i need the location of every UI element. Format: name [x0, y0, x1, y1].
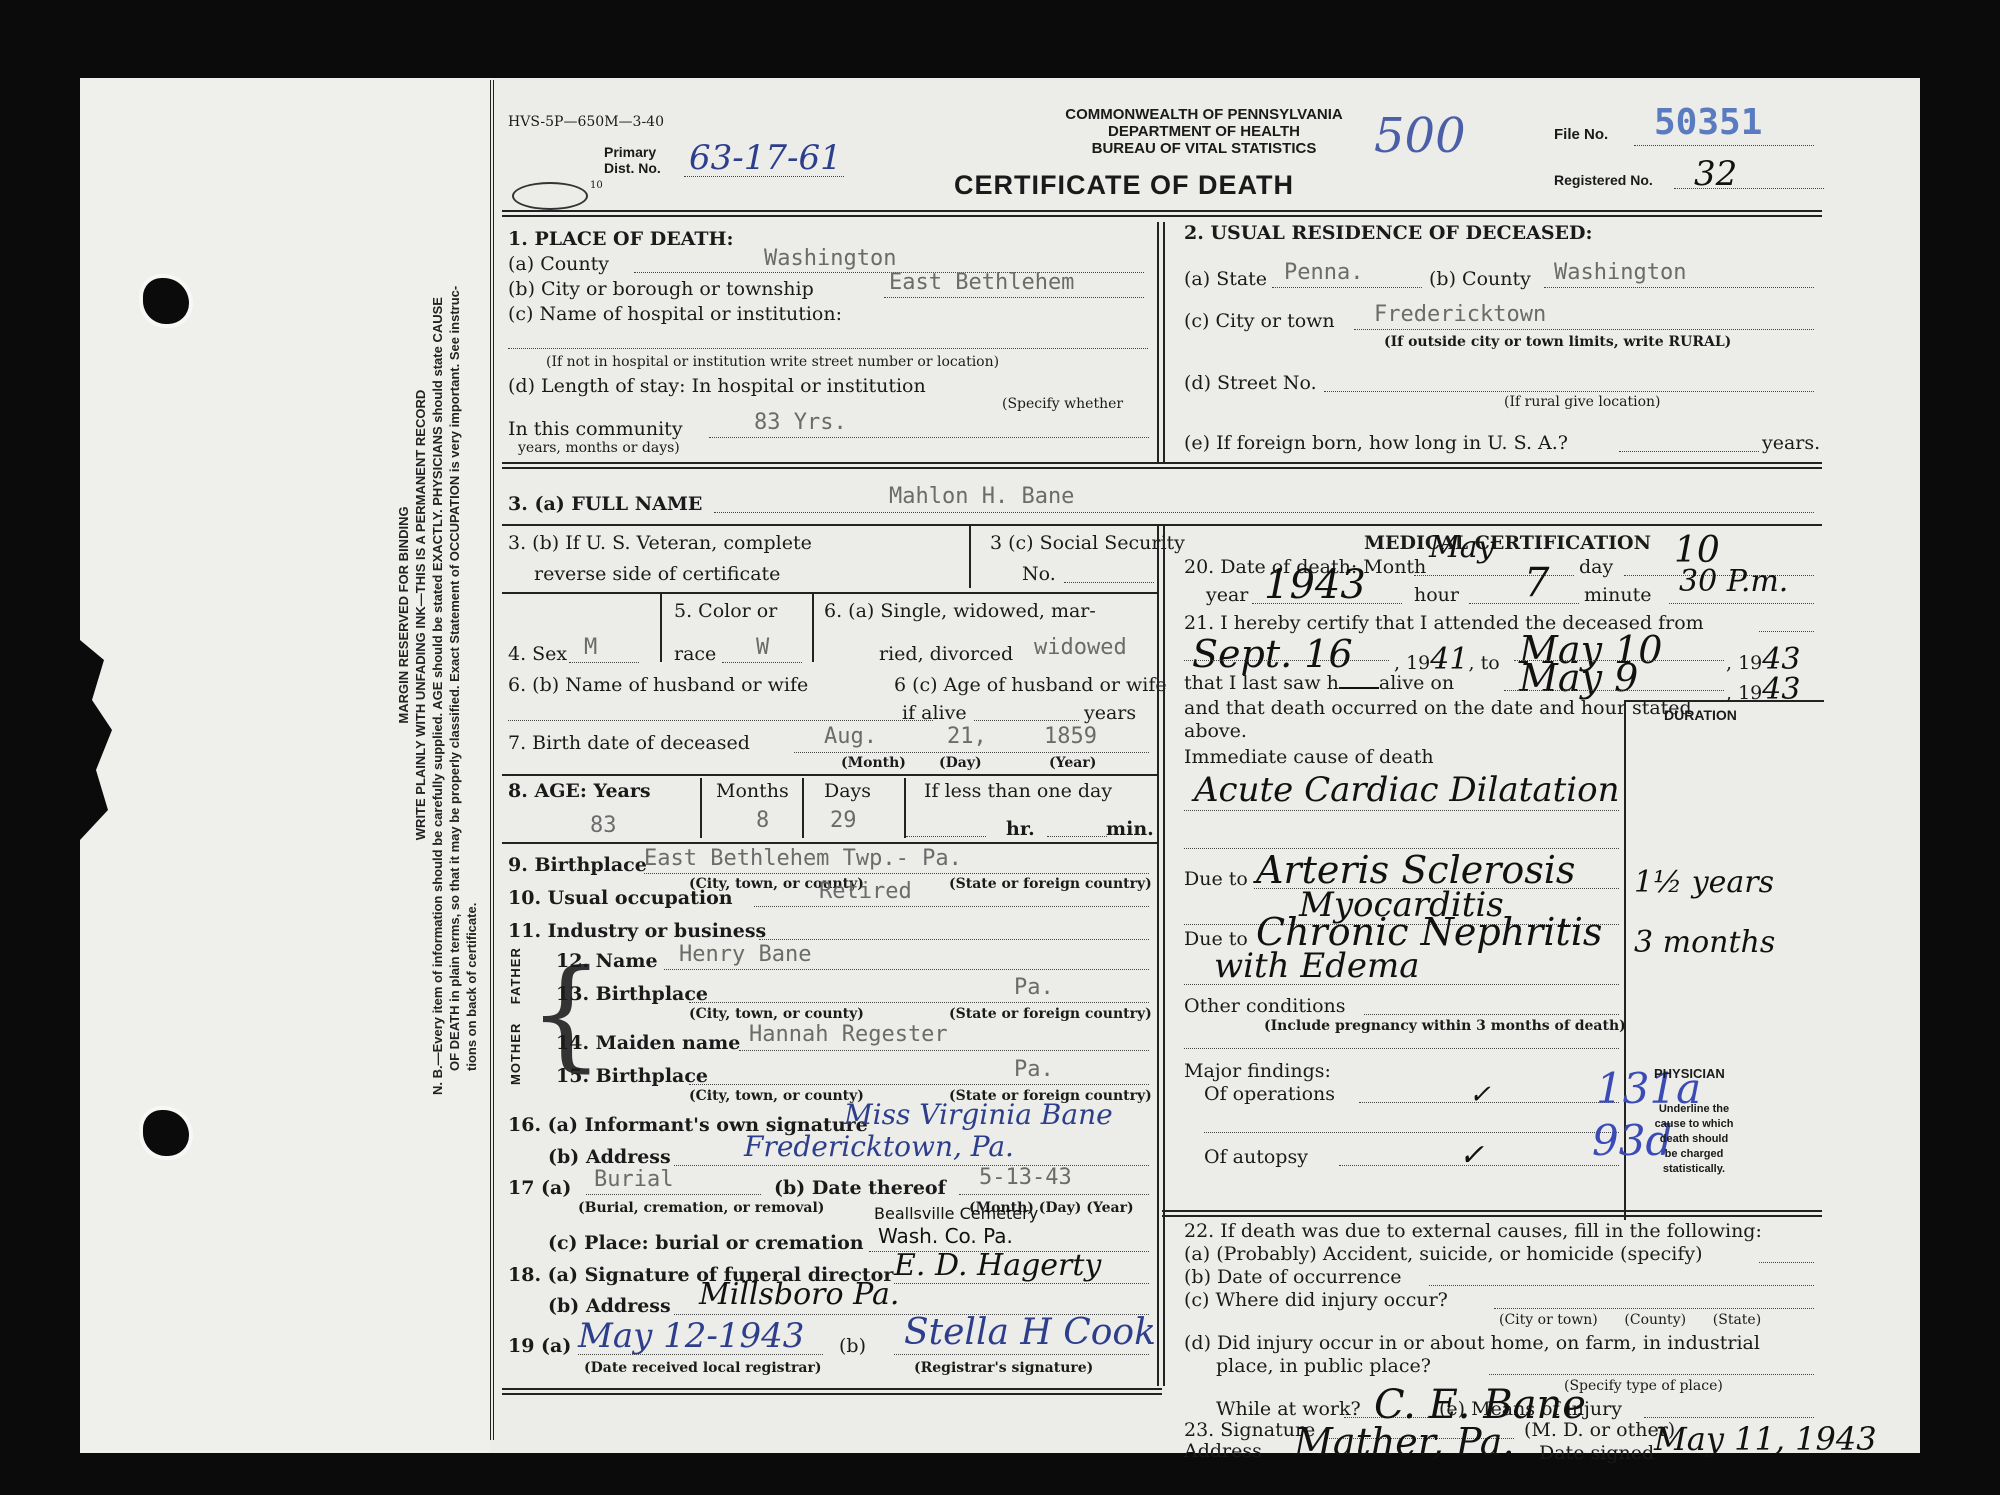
date-signed-value: May 11, 1943 [1654, 1420, 1877, 1458]
marital-label-2: ried, divorced [879, 643, 1013, 665]
residence-city-note: (If outside city or town limits, write R… [1384, 334, 1731, 350]
external-a-label: (a) (Probably) Accident, suicide, or hom… [1184, 1243, 1703, 1265]
foreign-line [1619, 451, 1759, 452]
union-label-number: 10 [590, 180, 603, 191]
street-label: (d) Street No. [1184, 372, 1317, 394]
attended-to-label: to [1481, 652, 1500, 674]
burial-place-label: (c) Place: burial or cremation [548, 1232, 864, 1254]
disposal-date-label: (b) Date thereof [774, 1177, 946, 1199]
other-conditions-note: (Include pregnancy within 3 months of de… [1264, 1018, 1626, 1034]
file-no-label: File No. [1554, 126, 1608, 143]
residence-county-value: Washington [1554, 260, 1686, 285]
due-to-1-line [1254, 888, 1619, 889]
due-to-1-label: Due to [1184, 868, 1248, 890]
informant-signature-value: Miss Virginia Bane [844, 1098, 1113, 1131]
page-title: CERTIFICATE OF DEATH [954, 170, 1294, 201]
registrar-date-label: 19 (a) [508, 1335, 571, 1357]
margin-line-1: MARGIN RESERVED FOR BINDING [395, 135, 412, 1095]
registrar-signature-label: (b) [839, 1335, 866, 1357]
operations-label: Of operations [1204, 1083, 1335, 1105]
registered-no-label: Registered No. [1554, 172, 1653, 188]
birthplace-line [644, 873, 1149, 874]
physician-signature-suffix: (M. D. or other) [1524, 1419, 1675, 1441]
burial-place-value-2: Wash. Co. Pa. [878, 1224, 1013, 1248]
residence-city-value: Fredericktown [1374, 302, 1546, 327]
mother-name-line [739, 1050, 1149, 1051]
last-saw-label-a: that I last saw h [1184, 672, 1339, 694]
funeral-director-value: E. D. Hagerty [894, 1248, 1101, 1283]
attended-from-value: Sept. 16 [1192, 632, 1353, 676]
registrar-date-value: May 12-1943 [578, 1316, 804, 1356]
death-city-line [884, 297, 1144, 298]
community-note: years, months or days) [518, 440, 680, 456]
due-to-2-line [1184, 984, 1619, 985]
duration-label: DURATION [1664, 707, 1737, 723]
ssn-label-2: No. [1022, 563, 1056, 585]
veteran-rule [502, 592, 1157, 594]
disposal-date-value: 5-13-43 [979, 1165, 1072, 1190]
immediate-cause-label: Immediate cause of death [1184, 746, 1434, 768]
death-year-line [1252, 603, 1402, 604]
mother-birthplace-value: Pa. [1014, 1057, 1054, 1082]
age-rule [502, 842, 1157, 844]
external-c-line [1494, 1308, 1814, 1309]
medical-heading: MEDICAL CERTIFICATION [1364, 532, 1651, 554]
informant-address-value: Fredericktown, Pa. [744, 1130, 1014, 1163]
death-minute-line [1669, 603, 1814, 604]
residence-county-line [1544, 287, 1814, 288]
other-conditions-label: Other conditions [1184, 995, 1346, 1017]
death-county-label: (a) County [508, 253, 609, 275]
hr-label: hr. [1006, 818, 1035, 840]
file-no-line [1634, 145, 1814, 146]
residence-county-label: (b) County [1429, 268, 1531, 290]
agency-line-2: DEPARTMENT OF HEALTH [994, 123, 1414, 140]
father-birthplace-label: 13. Birthplace [556, 983, 708, 1005]
primary-dist-label: Primary Dist. No. [604, 144, 661, 176]
file-no-value: 50351 [1654, 102, 1762, 143]
birth-date-label: 7. Birth date of deceased [508, 732, 750, 754]
section-rule-1 [502, 462, 1822, 469]
hr-line [906, 836, 986, 837]
margin-line-4: OF DEATH in plain terms, so that it may … [446, 135, 463, 1095]
marital-label-1: 6. (a) Single, widowed, mar- [824, 600, 1096, 622]
primary-dist-line [684, 176, 844, 177]
funeral-director-address-value: Millsboro Pa. [699, 1277, 899, 1312]
hospital-label: (c) Name of hospital or institution: [508, 303, 842, 325]
sex-label: 4. Sex [508, 643, 567, 665]
birthplace-label: 9. Birthplace [508, 854, 647, 876]
street-line [1324, 391, 1814, 392]
external-d-label-2: place, in public place? [1216, 1355, 1431, 1377]
last-saw-label-b: alive on [1379, 672, 1454, 694]
margin-line-5: tions on back of certificate. [463, 135, 480, 1095]
autopsy-checkmark: ✓ [1459, 1138, 1484, 1173]
veteran-label-1: 3. (b) If U. S. Veteran, complete [508, 532, 812, 554]
death-county-value: Washington [764, 246, 896, 271]
immediate-cause-value: Acute Cardiac Dilatation [1194, 770, 1620, 810]
age-days-value: 29 [830, 808, 857, 833]
due-to-2b-value: with Edema [1214, 946, 1420, 986]
external-d-line [1489, 1374, 1814, 1375]
less-day-label: If less than one day [924, 780, 1112, 802]
funeral-director-line [894, 1283, 1149, 1284]
residence-city-line [1354, 329, 1814, 330]
birth-year-note: (Year) [1049, 755, 1096, 771]
major-findings-label: Major findings: [1184, 1060, 1331, 1082]
death-hour-label: hour [1414, 584, 1459, 606]
mother-name-value: Hannah Regester [749, 1022, 948, 1047]
foreign-suffix: years. [1762, 432, 1820, 454]
disposal-date-line [959, 1194, 1149, 1195]
sex-divider [660, 594, 662, 662]
street-note: (If rural give location) [1504, 394, 1661, 410]
birthplace-value: East Bethlehem Twp.- Pa. [644, 846, 962, 871]
full-name-label: 3. (a) FULL NAME [508, 493, 702, 515]
autopsy-label: Of autopsy [1204, 1146, 1308, 1168]
margin-instructions: MARGIN RESERVED FOR BINDING WRITE PLAINL… [395, 135, 480, 1095]
above-label: above. [1184, 720, 1247, 742]
external-d-note: (Specify type of place) [1564, 1378, 1723, 1394]
section-divider-main [1157, 526, 1165, 1386]
specify-note: (Specify whether [1002, 396, 1123, 412]
operations-line-2 [1204, 1132, 1619, 1133]
residence-state-line [1272, 287, 1422, 288]
age-years-value: 83 [590, 813, 617, 838]
external-rule [1162, 1210, 1822, 1217]
place-of-death-heading: 1. PLACE OF DEATH: [508, 228, 733, 250]
veteran-divider [969, 526, 971, 588]
section-divider-top [1157, 222, 1165, 462]
registrar-signature-line [894, 1354, 1149, 1355]
sex-value: M [584, 635, 597, 660]
age-months-value: 8 [756, 808, 769, 833]
parents-tag: MOTHER FATHER [508, 947, 523, 1085]
death-month-value: May [1429, 530, 1495, 565]
informant-address-line [674, 1165, 1149, 1166]
community-line [709, 437, 1149, 438]
mother-name-label: 14. Maiden name [556, 1032, 740, 1054]
last-saw-line [1504, 690, 1724, 691]
physician-heading: PHYSICIAN [1654, 1066, 1725, 1081]
physician-note: Underline the cause to which death shoul… [1654, 1102, 1734, 1177]
mother-birthplace-line [689, 1084, 1149, 1085]
union-label-seal [512, 182, 588, 210]
death-minute-label: minute [1584, 584, 1651, 606]
attended-from-line-1 [1759, 631, 1814, 632]
father-name-label: 12. Name [556, 950, 658, 972]
disposal-value: Burial [594, 1167, 673, 1192]
occurred-label: and that death occurred on the date and … [1184, 697, 1692, 719]
death-hour-line [1469, 603, 1579, 604]
registrar-date-line [578, 1354, 823, 1355]
death-day-label: day [1579, 556, 1613, 578]
burial-place-value-1: Beallsville Cemetery [874, 1204, 1038, 1223]
ssn-label-1: 3 (c) Social Security [990, 532, 1185, 554]
spouse-age-label: 6 (c) Age of husband or wife [894, 674, 1167, 696]
residence-city-label: (c) City or town [1184, 310, 1335, 332]
spouse-label: 6. (b) Name of husband or wife [508, 674, 808, 696]
registrar-signature-value: Stella H Cook [904, 1312, 1156, 1353]
full-name-line [714, 512, 1814, 513]
industry-line [759, 939, 1149, 940]
disposal-line [586, 1194, 761, 1195]
age-divider-1 [700, 778, 702, 838]
spouse-age-line [974, 720, 1079, 721]
header-rule [502, 210, 1822, 217]
age-divider-2 [802, 778, 804, 838]
duration-2-value: 3 months [1634, 925, 1775, 960]
father-birthplace-line [689, 1002, 1149, 1003]
birth-rule [502, 774, 1157, 776]
father-state-note: (State or foreign country) [949, 1006, 1152, 1022]
occupation-value: Retired [819, 879, 912, 904]
min-label: min. [1106, 818, 1154, 840]
birth-day: 21, [947, 724, 987, 749]
community-label: In this community [508, 418, 683, 440]
other-conditions-line-2 [1184, 1048, 1619, 1049]
mother-birthplace-label: 15. Birthplace [556, 1065, 708, 1087]
funeral-director-address-label: (b) Address [548, 1295, 671, 1317]
form-code: HVS-5P—650M—3-40 [508, 114, 664, 130]
death-year-label: year [1206, 584, 1248, 606]
while-at-work-label: While at work? [1216, 1398, 1361, 1420]
mother-city-note: (City, town, or county) [689, 1088, 864, 1104]
industry-label: 11. Industry or business [508, 920, 766, 942]
death-month-line [1414, 575, 1574, 576]
color-label-2: race [674, 643, 716, 665]
agency-block: COMMONWEALTH OF PENNSYLVANIA DEPARTMENT … [994, 106, 1414, 157]
marital-value: widowed [1034, 635, 1127, 660]
birth-month: Aug. [824, 724, 877, 749]
age-years-label: 8. AGE: Years [508, 780, 651, 802]
age-divider-3 [904, 778, 906, 838]
external-c-note: (City or town) (County) (State) [1499, 1312, 1761, 1328]
ssn-line [1064, 582, 1154, 583]
other-conditions-line [1364, 1014, 1619, 1015]
foreign-label: (e) If foreign born, how long in U. S. A… [1184, 432, 1568, 454]
age-days-label: Days [824, 780, 871, 802]
duration-top-rule [1624, 700, 1824, 702]
external-d-label-1: (d) Did injury occur in or about home, o… [1184, 1332, 1760, 1354]
residence-state-label: (a) State [1184, 268, 1267, 290]
external-a-line [1759, 1262, 1814, 1263]
birthplace-state-note: (State or foreign country) [949, 876, 1152, 892]
duration-1-value: 1½ years [1634, 865, 1774, 900]
residence-state-value: Penna. [1284, 260, 1363, 285]
external-heading: 22. If death was due to external causes,… [1184, 1220, 1762, 1242]
informant-address-label: (b) Address [548, 1146, 671, 1168]
veteran-label-2: reverse side of certificate [534, 563, 780, 585]
occupation-label: 10. Usual occupation [508, 887, 733, 909]
birth-month-note: (Month) [841, 755, 906, 771]
bottom-rule-left [502, 1388, 1162, 1395]
mother-tag: MOTHER [508, 1023, 523, 1085]
age-months-label: Months [716, 780, 789, 802]
min-line [1047, 836, 1107, 837]
color-divider [812, 594, 814, 662]
agency-line-1: COMMONWEALTH OF PENNSYLVANIA [994, 106, 1414, 123]
color-line [722, 662, 802, 663]
date-signed-label: Date signed [1539, 1442, 1654, 1464]
color-value: W [756, 635, 769, 660]
last-saw-label: that I last saw halive on [1184, 672, 1454, 694]
margin-line-3: N. B.—Every item of information should b… [429, 135, 446, 1095]
color-label-1: 5. Color or [674, 600, 777, 622]
father-name-line [664, 969, 1149, 970]
residence-heading: 2. USUAL RESIDENCE OF DECEASED: [1184, 222, 1593, 244]
attended-from-line [1184, 660, 1389, 661]
registrar-signature-note: (Registrar's signature) [914, 1360, 1093, 1376]
registered-no-line [1674, 188, 1824, 189]
autopsy-line [1339, 1165, 1619, 1166]
handwritten-number: 500 [1374, 108, 1466, 164]
full-name-value: Mahlon H. Bane [889, 484, 1074, 509]
birth-day-note: (Day) [939, 755, 982, 771]
hospital-note: (If not in hospital or institution write… [546, 354, 999, 370]
sex-line [569, 662, 639, 663]
death-year-value: 1943 [1264, 562, 1366, 608]
operations-line [1359, 1102, 1619, 1103]
death-city-label: (b) City or borough or township [508, 278, 814, 300]
spouse-line [508, 720, 933, 721]
external-c-label: (c) Where did injury occur? [1184, 1289, 1448, 1311]
father-city-note: (City, town, or county) [689, 1006, 864, 1022]
community-value: 83 Yrs. [754, 410, 847, 435]
margin-line-2: WRITE PLAINLY WITH UNFADING INK—THIS IS … [412, 135, 429, 1095]
last-saw-value: May 9 [1519, 656, 1638, 700]
death-hour-value: 7 [1524, 560, 1549, 606]
father-birthplace-value: Pa. [1014, 975, 1054, 1000]
father-tag: FATHER [508, 947, 523, 1004]
death-city-value: East Bethlehem [889, 270, 1074, 295]
external-b-label: (b) Date of occurrence [1184, 1266, 1402, 1288]
primary-dist-value: 63-17-61 [689, 138, 842, 178]
operations-checkmark: ✓ [1469, 1080, 1491, 1110]
immediate-cause-line [1184, 810, 1619, 811]
registrar-date-note: (Date received local registrar) [584, 1360, 821, 1376]
physician-address-label: Address [1184, 1440, 1262, 1462]
birth-line [794, 752, 1149, 753]
century-prefix-1: 19 [1406, 652, 1430, 674]
full-name-label-text: 3. (a) FULL NAME [508, 493, 702, 515]
stay-label: (d) Length of stay: In hospital or insti… [508, 375, 926, 397]
occupation-line [754, 906, 1149, 907]
physician-address-value: Mather, Pa. [1294, 1420, 1515, 1464]
death-minute-value: 30 P.m. [1679, 564, 1788, 599]
external-b-line [1429, 1285, 1814, 1286]
hospital-line [508, 348, 1148, 349]
means-of-injury-line [1644, 1417, 1814, 1418]
agency-line-3: BUREAU OF VITAL STATISTICS [994, 140, 1414, 157]
father-name-value: Henry Bane [679, 942, 811, 967]
disposal-note: (Burial, cremation, or removal) [578, 1200, 824, 1216]
birth-year: 1859 [1044, 724, 1097, 749]
certificate-form: HVS-5P—650M—3-40 Primary Dist. No. 63-17… [490, 80, 1834, 1440]
century-prefix-2: 19 [1738, 652, 1762, 674]
spouse-age-suffix: years [1084, 702, 1136, 724]
disposal-label: 17 (a) [508, 1177, 571, 1199]
